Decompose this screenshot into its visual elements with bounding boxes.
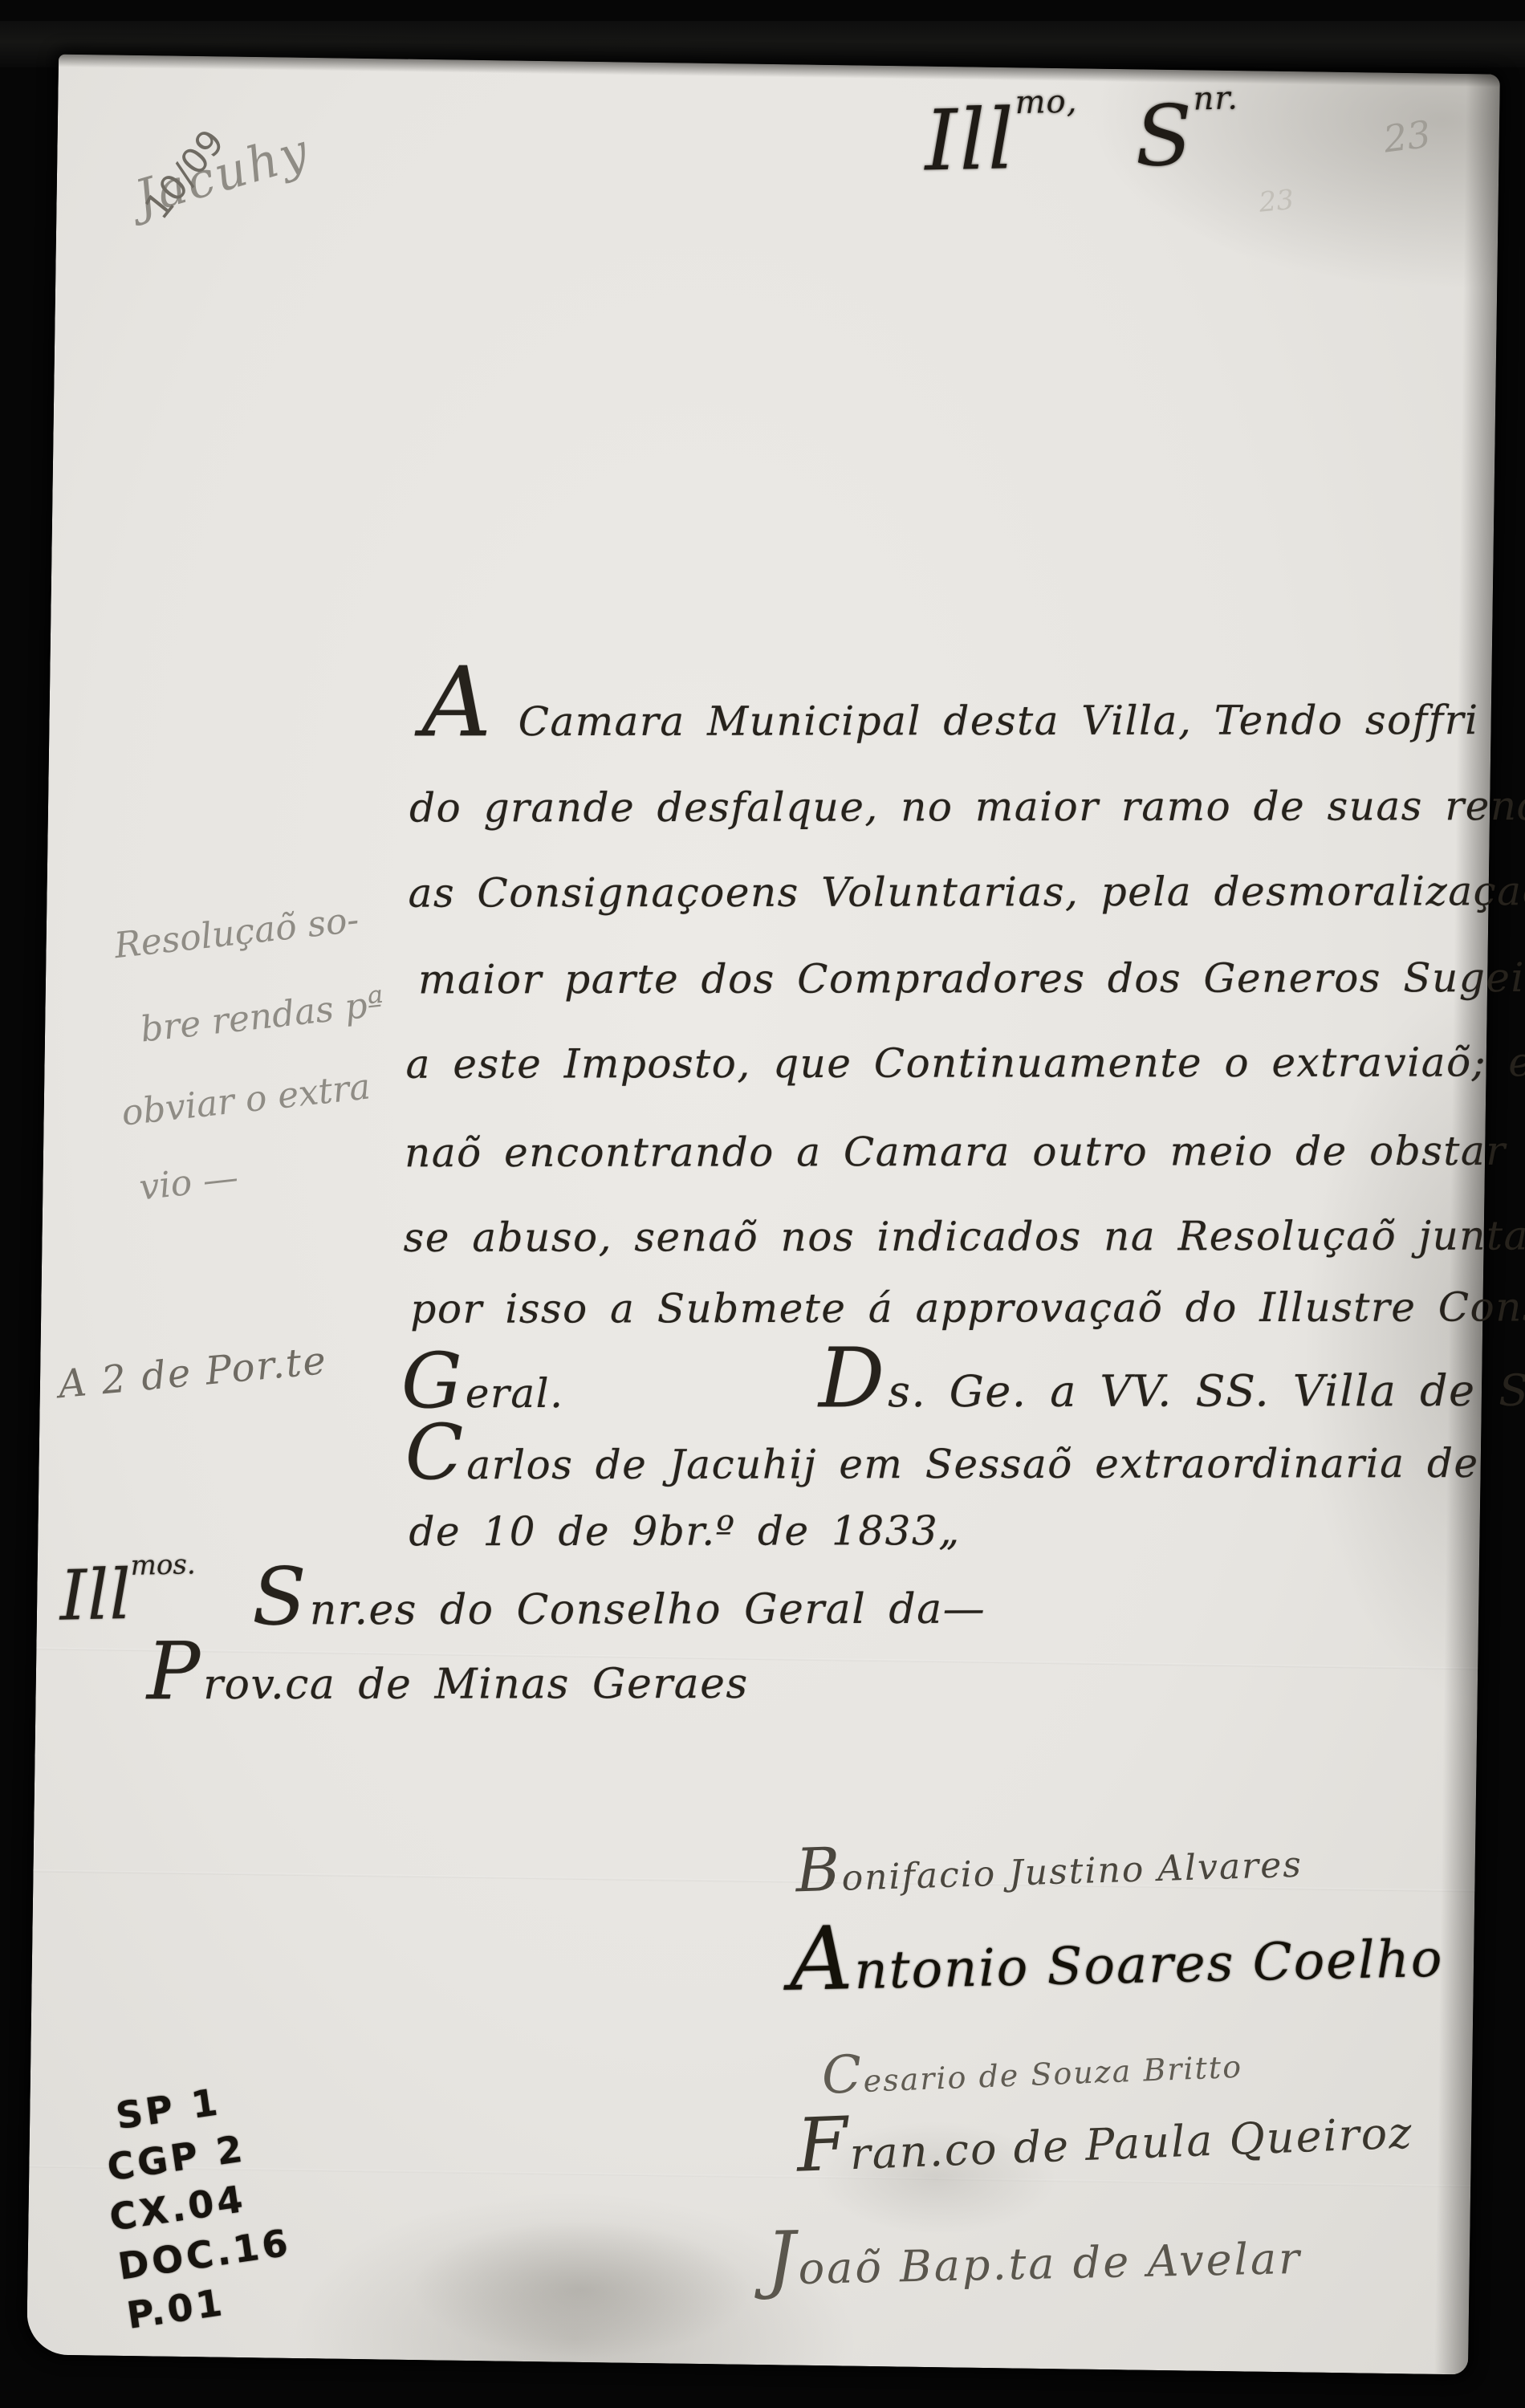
salutation-base: Ill bbox=[924, 90, 1017, 189]
dateline: de 10 de 9br.º de 1833„ bbox=[409, 1507, 960, 1555]
salutation-heading: Illmo, Snr. bbox=[924, 79, 1240, 189]
signature: Joaõ Bap.ta de Avelar bbox=[766, 2233, 1302, 2295]
salutation-superscript: nr. bbox=[1193, 79, 1238, 117]
signature: Fran.co de Paula Queiroz bbox=[796, 2107, 1414, 2181]
addressee-honorific-superscript: mos. bbox=[130, 1548, 196, 1582]
salutation-base: S bbox=[1134, 86, 1195, 185]
body-line: se abuso, senaõ nos indicados na Resoluç… bbox=[404, 1212, 1525, 1260]
valediction: Ds. Ge. a VV. SS. Villa de Saõ bbox=[819, 1365, 1525, 1418]
paper-sheet: Jacuhy 10/09 Illmo, Snr. 23 23 Resoluçaõ… bbox=[26, 55, 1500, 2375]
signature: Cesario de Souza Britto bbox=[821, 2049, 1242, 2101]
body-line-closing: Geral. Ds. Ge. a VV. SS. Villa de Saõ bbox=[401, 1365, 1525, 1418]
margin-summary-line: obviar o extra bbox=[120, 1066, 372, 1133]
addressee-honorific-base: Ill bbox=[59, 1555, 132, 1637]
scanned-manuscript-page: Jacuhy 10/09 Illmo, Snr. 23 23 Resoluçaõ… bbox=[0, 0, 1525, 2408]
addressee-honorific: Illmos. bbox=[59, 1548, 197, 1637]
page-number: 23 bbox=[1381, 112, 1433, 161]
body-line: naõ encontrando a Camara outro meio de o… bbox=[405, 1128, 1525, 1177]
body-line: A Camara Municipal desta Villa, Tendo so… bbox=[422, 697, 1479, 745]
addressee-line: Prov.ca de Minas Geraes bbox=[147, 1660, 749, 1709]
signature: Bonifacio Justino Alvares bbox=[795, 1845, 1303, 1901]
body-line: por isso a Submete á approvaçaõ do Illus… bbox=[410, 1283, 1525, 1332]
signature: Antonio Soares Coelho bbox=[789, 1930, 1444, 2003]
paper-stain bbox=[412, 2219, 750, 2360]
margin-summary-line: vio — bbox=[137, 1157, 240, 1208]
salutation-superscript: mo, bbox=[1015, 83, 1078, 122]
body-line: a este Imposto, que Continuamente o extr… bbox=[406, 1039, 1525, 1087]
body-line: do grande desfalque, no maior ramo de su… bbox=[409, 783, 1525, 832]
archive-reference-stamp: SP 1 CGP 2 CX.04 DOC.16 P.01 bbox=[94, 2069, 302, 2341]
body-line: Carlos de Jacuhij em Sessaõ extraordinar… bbox=[405, 1440, 1479, 1488]
body-line: maior parte dos Compradores dos Generos … bbox=[418, 954, 1525, 1003]
addressee-line: Snr.es do Conselho Geral da— bbox=[252, 1585, 986, 1635]
page-number-faint: 23 bbox=[1258, 184, 1295, 219]
margin-summary-line: Resoluçaõ so- bbox=[112, 899, 361, 966]
body-line: as Consignaçoens Voluntarias, pela desmo… bbox=[409, 868, 1525, 917]
margin-docket: A 2 de Por.te bbox=[56, 1338, 329, 1407]
margin-summary-line: bre rendas pª bbox=[139, 983, 386, 1051]
